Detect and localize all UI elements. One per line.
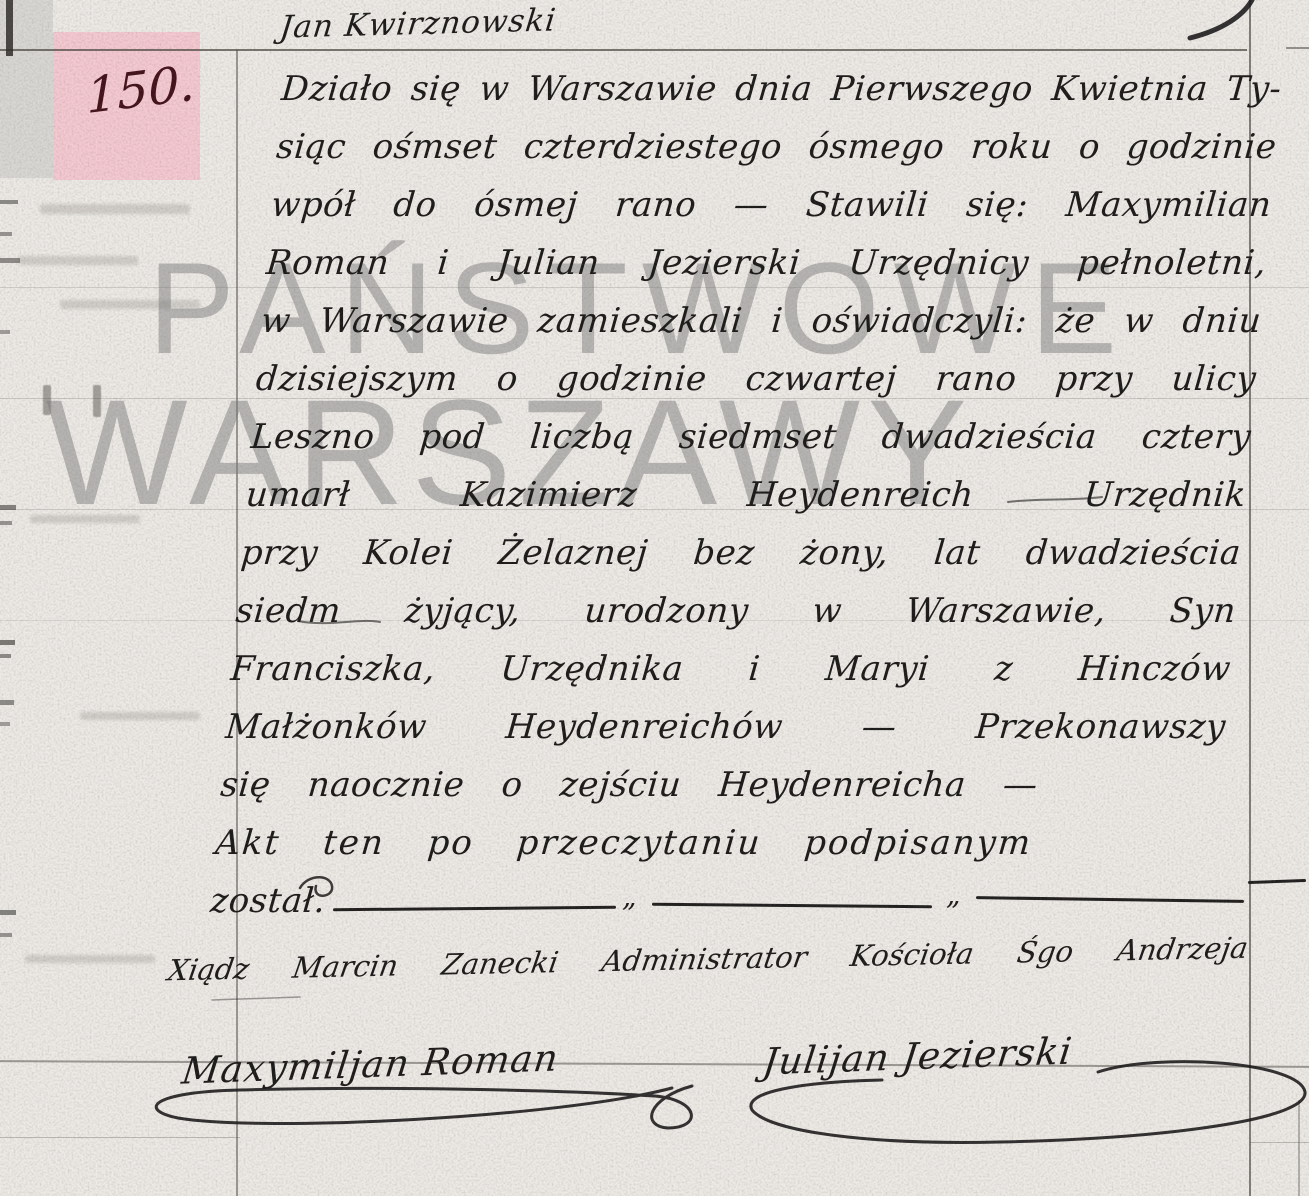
record-line: wpół do ósmej rano — Stawili się: Maxymi… (269, 176, 1274, 234)
edge-mark (0, 722, 10, 726)
record-line: w Warszawie zamieszkali i oświadczyli: ż… (259, 292, 1264, 350)
record-line: Roman i Julian Jezierski Urzędnicy pełno… (264, 234, 1269, 292)
ruled-line-top-right (1286, 47, 1309, 49)
record-line: siedm żyjący, urodzony w Warszawie, Syn (233, 582, 1238, 640)
record-line: Działo się w Warszawie dnia Pierwszego K… (279, 60, 1284, 118)
closing-dash-separator: „ (622, 880, 637, 913)
officiant-underline (212, 997, 300, 1000)
edge-mark (0, 505, 16, 510)
scanned-document-page: PAŃSTWOWE WARSZAWY 150. Jan Kwirznowski … (0, 0, 1309, 1196)
bleed-through-mark (18, 256, 138, 265)
record-line: Małżonków Heydenreichów — Przekonawszy (223, 698, 1228, 756)
edge-mark (0, 654, 11, 658)
bleed-through-mark (40, 204, 190, 214)
edge-mark (0, 521, 12, 525)
officiant-signature: Xiądz Marcin Zanecki Administrator Kości… (165, 931, 1250, 988)
edge-mark (0, 910, 16, 915)
edge-mark (6, 0, 13, 56)
record-line: siąc ośmset czterdziestego ósmego roku o… (274, 118, 1279, 176)
record-line: Akt ten po przeczytaniu podpisanym (213, 814, 1218, 872)
witness-signature-2: Julijan Jezierski (760, 1029, 1074, 1083)
record-line: został. (208, 872, 1213, 930)
bleed-through-mark (80, 712, 200, 720)
record-line: Leszno pod liczbą siedmset dwadzieścia c… (249, 408, 1254, 466)
record-line: umarł Kazimierz Heydenreich Urzędnik (243, 466, 1248, 524)
edge-mark (0, 700, 14, 705)
record-line: Franciszka, Urzędnika i Maryi z Hinczów (228, 640, 1233, 698)
closing-dash-separator: „ (946, 878, 961, 911)
record-line: dzisiejszym o godzinie czwartej rano prz… (254, 350, 1259, 408)
ruled-line-top (0, 49, 1247, 51)
ruled-line-bottom-left (0, 1137, 240, 1138)
edge-mark (0, 258, 20, 263)
record-line: przy Kolei Żelaznej bez żony, lat dwadzi… (238, 524, 1243, 582)
edge-mark (0, 232, 12, 236)
record-line: się naocznie o zejściu Heydenreicha — (218, 756, 1223, 814)
edge-mark (0, 330, 10, 334)
record-text-block: Działo się w Warszawie dnia Pierwszego K… (208, 60, 1284, 930)
corner-flourish-icon (1190, 0, 1252, 38)
closing-dash (1248, 879, 1306, 884)
edge-mark (0, 200, 18, 204)
edge-mark (0, 933, 12, 937)
ruled-line-bottom-right (1250, 1142, 1309, 1143)
right-edge-rule (1298, 1100, 1300, 1196)
edge-mark (0, 640, 15, 645)
header-name: Jan Kwirznowski (278, 2, 558, 45)
bleed-through-mark (25, 955, 155, 963)
